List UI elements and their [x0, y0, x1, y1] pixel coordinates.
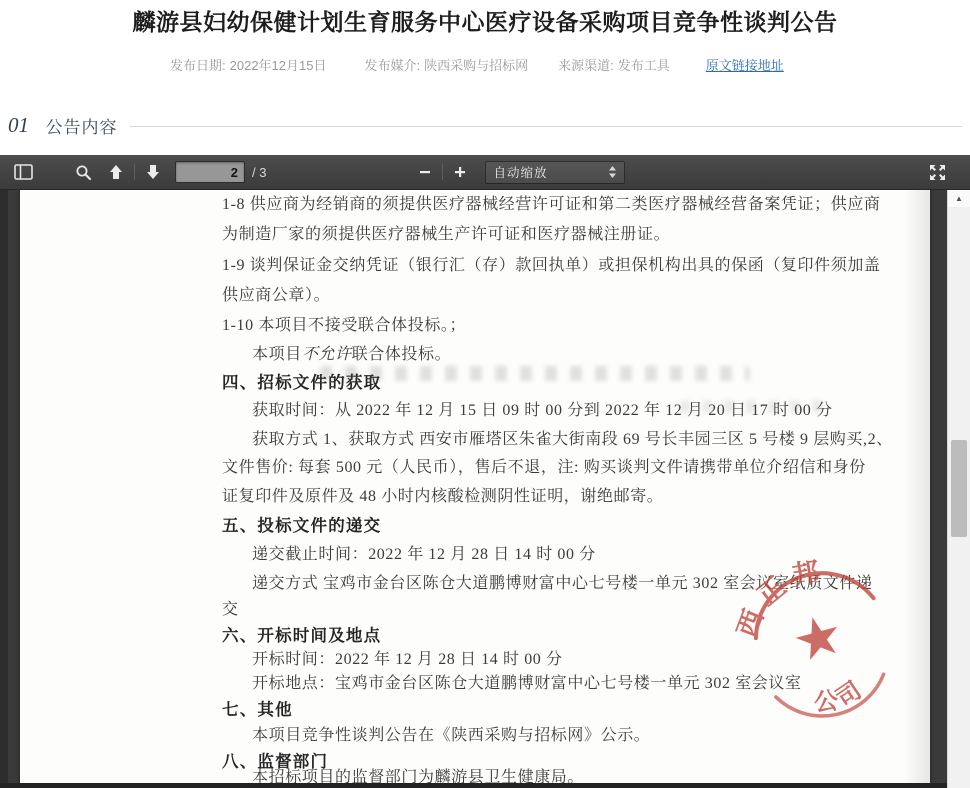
company-stamp: 西正邦 公司 ★ — [713, 533, 924, 744]
page-number-input[interactable] — [175, 161, 245, 183]
triangle-up-icon: ▲ — [955, 194, 963, 203]
meta-row: 发布日期:2022年12月15日 发布媒介:陕西采购与招标网 来源渠道:发布工具… — [170, 55, 784, 74]
expand-icon — [929, 164, 946, 181]
search-icon — [75, 164, 92, 181]
doc-line: 为制造厂家的须提供医疗器械生产许可证和医疗器械注册证。 — [222, 225, 670, 244]
viewer-left-edge — [0, 190, 8, 788]
original-link[interactable]: 原文链接地址 — [706, 55, 784, 74]
zoom-mode-value: 自动缩放 — [493, 163, 547, 181]
spinner-icon — [608, 165, 617, 179]
page-root: 麟游县妇幼保健计划生育服务中心医疗设备采购项目竞争性谈判公告 发布日期:2022… — [0, 0, 970, 788]
pdf-toolbar: / 3 自动缩放 — [0, 155, 970, 190]
doc-line: 开标地点：宝鸡市金台区陈仓大道鹏博财富中心七号楼一单元 302 室会议室 — [252, 674, 802, 693]
pdf-viewer: / 3 自动缩放 1-8 供应商为经销商的须提供医疗器械经营许可证和第二类医疗器… — [0, 155, 970, 788]
toolbar-separator — [134, 164, 135, 180]
section-number: 01 — [8, 113, 29, 137]
doc-line: 递交截止时间：2022 年 12 月 28 日 14 时 00 分 — [252, 545, 596, 564]
bleed-smudge — [680, 400, 830, 413]
star-icon: ★ — [785, 601, 850, 675]
doc-line: 本招标项目的监督部门为麟游县卫生健康局。 — [252, 768, 584, 783]
doc-line: 1-10 本项目不接受联合体投标。； — [222, 316, 466, 335]
zoom-out-button[interactable] — [414, 163, 436, 181]
plus-icon — [453, 165, 467, 179]
section-bar: 01 公告内容 — [8, 113, 962, 139]
meta-item-publish-date: 发布日期:2022年12月15日 — [170, 55, 326, 74]
meta-item-publish-media: 发布媒介:陕西采购与招标网 — [364, 55, 528, 74]
doc-line: 本项目不允许联合体投标。 — [252, 345, 451, 364]
sidebar-toggle-button[interactable] — [10, 162, 37, 182]
doc-heading: 五、投标文件的递交 — [222, 516, 381, 536]
section-title: 公告内容 — [45, 118, 117, 137]
viewer-body: 1-8 供应商为经销商的须提供医疗器械经营许可证和第二类医疗器械经营备案凭证；供… — [0, 190, 970, 788]
sidebar-toggle-icon — [14, 164, 33, 180]
section-divider — [130, 126, 962, 127]
doc-line: 1-8 供应商为经销商的须提供医疗器械经营许可证和第二类医疗器械经营备案凭证；供… — [222, 195, 881, 214]
scrollbar-thumb[interactable] — [951, 440, 967, 537]
minus-icon — [418, 165, 432, 179]
toolbar-separator — [442, 164, 443, 180]
page-down-button[interactable] — [141, 162, 165, 182]
arrow-down-icon — [145, 164, 161, 180]
fullscreen-button[interactable] — [925, 162, 950, 183]
doc-line: 本项目竞争性谈判公告在《陕西采购与招标网》公示。 — [252, 726, 650, 745]
doc-line: 1-9 谈判保证金交纳凭证（银行汇（存）款回执单）或担保机构出具的保函（复印件须… — [222, 256, 881, 275]
doc-heading: 六、开标时间及地点 — [222, 626, 381, 646]
find-button[interactable] — [71, 162, 96, 183]
doc-line: 获取方式 1、获取方式 西安市雁塔区朱雀大街南段 69 号长丰园三区 5 号楼 … — [252, 430, 893, 449]
doc-line: 供应商公章）。 — [222, 286, 330, 305]
svg-text:公司: 公司 — [808, 672, 873, 721]
zoom-in-button[interactable] — [449, 163, 471, 181]
scrollbar[interactable]: ▲ — [947, 190, 970, 788]
viewer-bottom-edge — [0, 783, 947, 788]
stamp-bottom-text: 公司 — [808, 672, 873, 721]
doc-line: 证复印件及原件及 48 小时内核酸检测阴性证明，谢绝邮寄。 — [222, 487, 663, 506]
meta-item-source-channel: 来源渠道:发布工具 — [558, 55, 670, 74]
zoom-mode-select[interactable]: 自动缩放 — [485, 161, 625, 184]
scroll-up-button[interactable]: ▲ — [948, 190, 970, 207]
doc-heading: 七、其他 — [222, 700, 293, 720]
doc-line: 文件售价: 每套 500 元（人民币），售后不退，注: 购买谈判文件请携带单位介… — [222, 458, 866, 477]
page-count-label: / 3 — [252, 165, 266, 180]
doc-line: 开标时间：2022 年 12 月 28 日 14 时 00 分 — [252, 650, 563, 669]
page-up-button[interactable] — [104, 162, 128, 182]
bleed-smudge — [320, 366, 750, 381]
page-title: 麟游县妇幼保健计划生育服务中心医疗设备采购项目竞争性谈判公告 — [0, 4, 970, 37]
pdf-page: 1-8 供应商为经销商的须提供医疗器械经营许可证和第二类医疗器械经营备案凭证；供… — [20, 190, 930, 783]
arrow-up-icon — [108, 164, 124, 180]
doc-line: 交 — [222, 600, 239, 619]
